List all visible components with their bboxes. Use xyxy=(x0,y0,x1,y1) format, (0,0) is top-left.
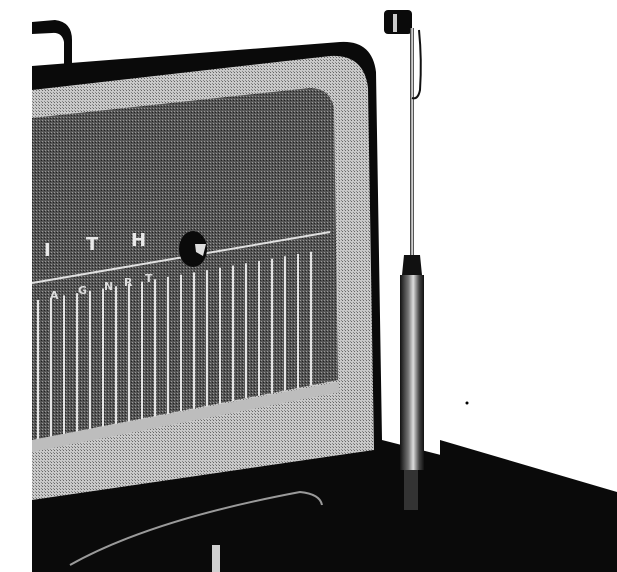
dial-letter: T xyxy=(86,234,99,255)
grille-highlight xyxy=(212,545,220,572)
tuning-knob[interactable] xyxy=(179,231,207,267)
radio-photograph: I T H A G N R T xyxy=(0,0,617,572)
dial-letter: I xyxy=(44,240,51,261)
dial-letter: T xyxy=(145,272,153,285)
dial-letter: G xyxy=(78,284,87,297)
speck xyxy=(466,402,469,405)
dial-letter: N xyxy=(104,280,113,293)
dial-letter: H xyxy=(131,230,146,251)
